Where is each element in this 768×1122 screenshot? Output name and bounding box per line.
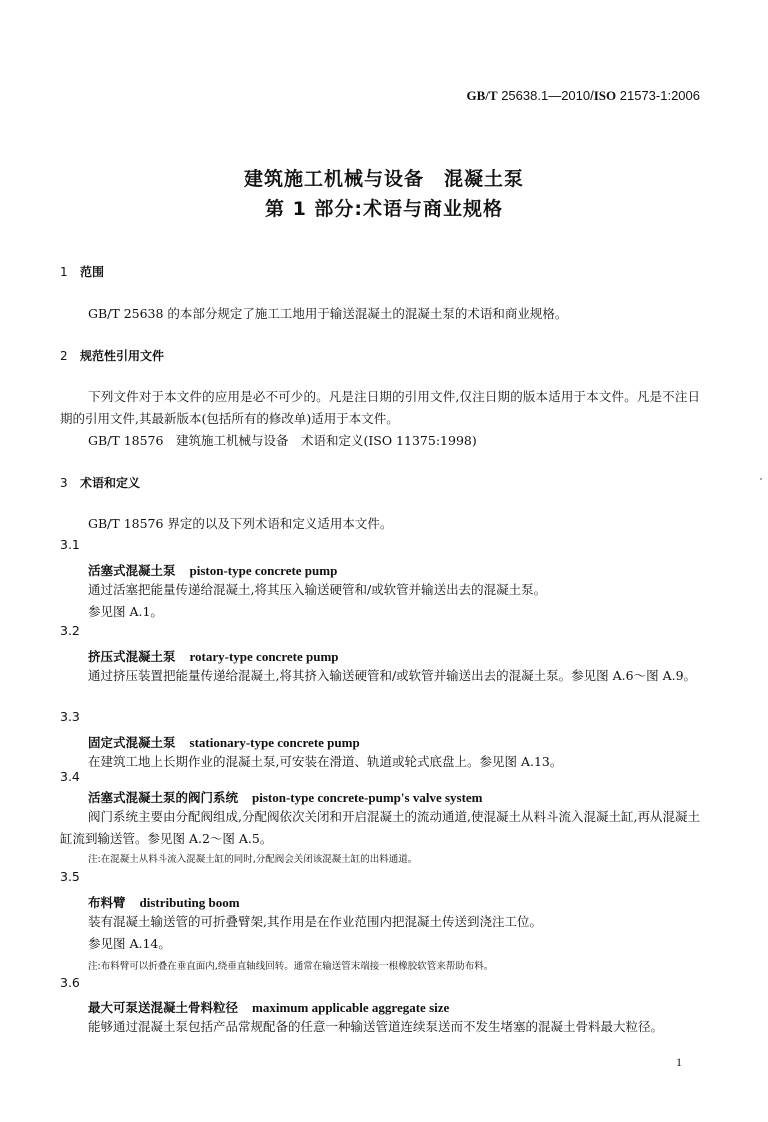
term-zh: 最大可泵送混凝土骨料粒径 bbox=[88, 1000, 238, 1015]
section-number: 1 bbox=[60, 265, 80, 279]
term-heading: 固定式混凝土泵stationary-type concrete pump bbox=[88, 733, 360, 751]
term-number: 3.4 bbox=[60, 769, 80, 784]
term-en: rotary-type concrete pump bbox=[190, 649, 339, 664]
term-zh: 活塞式混凝土泵 bbox=[88, 563, 176, 578]
term-note: 注:在混凝土从料斗流入混凝土缸的同时,分配阀会关闭该混凝土缸的出料通道。 bbox=[88, 851, 708, 865]
references-paragraph: 下列文件对于本文件的应用是必不可少的。凡是注日期的引用文件,仅注日期的版本适用于… bbox=[60, 386, 700, 430]
section-number: 2 bbox=[60, 349, 80, 363]
term-zh: 挤压式混凝土泵 bbox=[88, 649, 176, 664]
term-en: stationary-type concrete pump bbox=[190, 735, 360, 750]
term-definition: 能够通过混凝土泵包括产品常规配备的任意一种输送管道连续泵送而不发生堵塞的混凝土骨… bbox=[60, 1016, 700, 1038]
page-number: 1 bbox=[676, 1055, 682, 1070]
term-number: 3.1 bbox=[60, 537, 80, 552]
section-heading-terms: 3术语和定义 bbox=[60, 474, 140, 491]
term-definition: 在建筑工地上长期作业的混凝土泵,可安装在滑道、轨道或轮式底盘上。参见图 A.13… bbox=[60, 751, 700, 773]
definition-text: 能够通过混凝土泵包括产品常规配备的任意一种输送管道连续泵送而不发生堵塞的混凝土骨… bbox=[88, 1019, 663, 1034]
section-heading-scope: 1范围 bbox=[60, 263, 104, 280]
section-heading-normative-references: 2规范性引用文件 bbox=[60, 347, 164, 364]
document-page: GB/T 25638.1—2010/ISO 21573-1:2006 建筑施工机… bbox=[0, 0, 768, 1122]
term-en: piston-type concrete-pump's valve system bbox=[252, 790, 483, 805]
definition-text: 阀门系统主要由分配阀组成,分配阀依次关闭和开启混凝土的流动通道,使混凝土从料斗流… bbox=[60, 809, 700, 846]
see-text: 参见图 A.14。 bbox=[88, 936, 171, 951]
term-number: 3.5 bbox=[60, 869, 80, 884]
term-number: 3.2 bbox=[60, 623, 80, 638]
scan-speck bbox=[760, 478, 762, 480]
definition-text: 装有混凝土输送管的可折叠臂架,其作用是在作业范围内把混凝土传送到浇注工位。 bbox=[88, 914, 542, 929]
document-title: 建筑施工机械与设备 混凝土泵 bbox=[0, 164, 768, 191]
term-definition: 通过活塞把能量传递给混凝土,将其压入输送硬管和/或软管并输送出去的混凝土泵。 bbox=[60, 579, 700, 601]
term-definition: 阀门系统主要由分配阀组成,分配阀依次关闭和开启混凝土的流动通道,使混凝土从料斗流… bbox=[60, 806, 700, 850]
see-text: 参见图 A.1。 bbox=[88, 604, 163, 619]
term-number: 3.6 bbox=[60, 975, 80, 990]
definition-text: 通过挤压装置把能量传递给混凝土,将其挤入输送硬管和/或软管并输送出去的混凝土泵。… bbox=[88, 668, 696, 683]
std-prefix: GB/T bbox=[467, 88, 498, 103]
term-en: distributing boom bbox=[140, 895, 240, 910]
document-subtitle: 第 1 部分:术语与商业规格 bbox=[0, 194, 768, 221]
section-number: 3 bbox=[60, 476, 80, 490]
term-number: 3.3 bbox=[60, 709, 80, 724]
term-heading: 活塞式混凝土泵的阀门系统piston-type concrete-pump's … bbox=[88, 788, 483, 806]
term-see-also: 参见图 A.1。 bbox=[60, 601, 700, 623]
term-en: maximum applicable aggregate size bbox=[252, 1000, 449, 1015]
term-heading: 挤压式混凝土泵rotary-type concrete pump bbox=[88, 647, 339, 665]
term-zh: 布料臂 bbox=[88, 895, 126, 910]
term-zh: 活塞式混凝土泵的阀门系统 bbox=[88, 790, 238, 805]
definition-text: 在建筑工地上长期作业的混凝土泵,可安装在滑道、轨道或轮式底盘上。参见图 A.13… bbox=[88, 754, 562, 769]
term-heading: 布料臂distributing boom bbox=[88, 893, 240, 911]
section-title: 术语和定义 bbox=[80, 476, 140, 490]
terms-intro-text: GB/T 18576 界定的以及下列术语和定义适用本文件。 bbox=[88, 516, 392, 531]
definition-text: 通过活塞把能量传递给混凝土,将其压入输送硬管和/或软管并输送出去的混凝土泵。 bbox=[88, 582, 546, 597]
term-heading: 最大可泵送混凝土骨料粒径maximum applicable aggregate… bbox=[88, 998, 449, 1016]
references-text: 下列文件对于本文件的应用是必不可少的。凡是注日期的引用文件,仅注日期的版本适用于… bbox=[60, 389, 700, 426]
terms-intro: GB/T 18576 界定的以及下列术语和定义适用本文件。 bbox=[60, 513, 700, 535]
term-heading: 活塞式混凝土泵piston-type concrete pump bbox=[88, 561, 337, 579]
term-note: 注:布料臂可以折叠在垂直面内,绕垂直轴线回转。通常在输送管末端接一根橡胶软管来帮… bbox=[88, 958, 708, 972]
iso-number: 21573-1:2006 bbox=[616, 88, 700, 103]
term-definition: 通过挤压装置把能量传递给混凝土,将其挤入输送硬管和/或软管并输送出去的混凝土泵。… bbox=[60, 665, 700, 687]
section-title: 规范性引用文件 bbox=[80, 349, 164, 363]
std-number: 25638.1—2010/ bbox=[498, 88, 594, 103]
term-zh: 固定式混凝土泵 bbox=[88, 735, 176, 750]
reference-item: GB/T 18576 建筑施工机械与设备 术语和定义(ISO 11375:199… bbox=[60, 430, 700, 452]
standard-code: GB/T 25638.1—2010/ISO 21573-1:2006 bbox=[467, 88, 700, 104]
scope-text: GB/T 25638 的本部分规定了施工工地用于输送混凝土的混凝土泵的术语和商业… bbox=[88, 306, 567, 321]
iso-prefix: ISO bbox=[594, 88, 616, 103]
term-see-also: 参见图 A.14。 bbox=[60, 933, 700, 955]
section-title: 范围 bbox=[80, 265, 104, 279]
reference-text: GB/T 18576 建筑施工机械与设备 术语和定义(ISO 11375:199… bbox=[88, 433, 477, 448]
term-definition: 装有混凝土输送管的可折叠臂架,其作用是在作业范围内把混凝土传送到浇注工位。 bbox=[60, 911, 700, 933]
scope-paragraph: GB/T 25638 的本部分规定了施工工地用于输送混凝土的混凝土泵的术语和商业… bbox=[60, 303, 700, 325]
term-en: piston-type concrete pump bbox=[190, 563, 338, 578]
